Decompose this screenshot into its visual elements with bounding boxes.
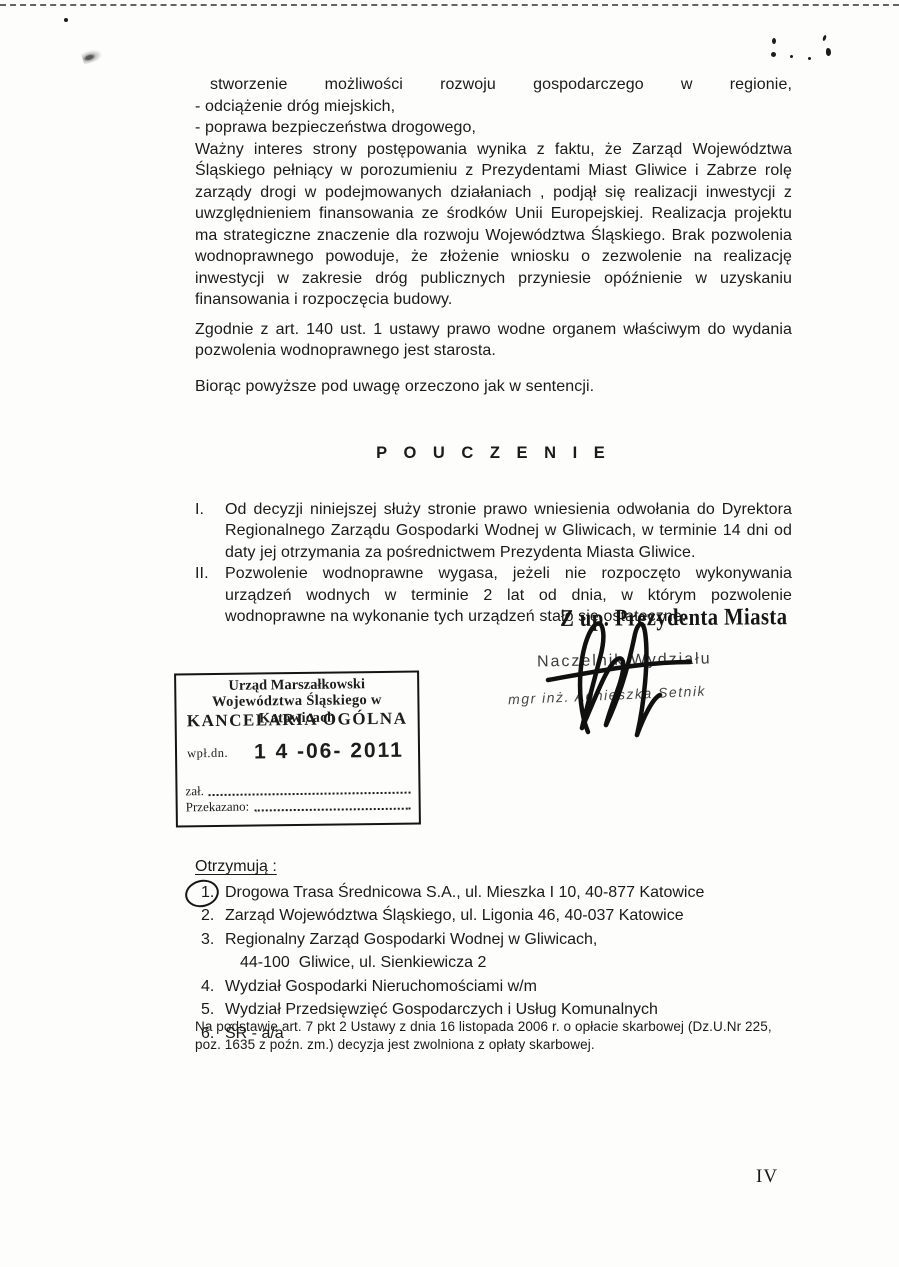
dotted-leader xyxy=(209,792,411,796)
registry-stamp: Urząd Marszałkowski Województwa Śląskieg… xyxy=(174,671,421,828)
dotted-leader xyxy=(254,808,410,812)
interest-paragraph: Ważny interes strony postępowania wynika… xyxy=(195,139,792,311)
intro-line-1: stworzenie możliwości rozwoju gospodarcz… xyxy=(195,74,792,96)
ink-speck xyxy=(822,35,827,42)
recipient-item-1: 1. Drogowa Trasa Średnicowa S.A., ul. Mi… xyxy=(195,881,805,905)
page-number: IV xyxy=(756,1166,778,1188)
stamp-date-label: wpł.dn. xyxy=(187,745,228,760)
recipient-number-4: 4. xyxy=(195,975,225,999)
handwritten-signature xyxy=(540,610,700,745)
stamp-date-row: wpł.dn. 1 4 -06- 2011 xyxy=(187,739,408,766)
ink-speck xyxy=(771,52,776,57)
ink-smudge xyxy=(81,47,104,65)
legal-footnote-line2: poz. 1635 z poźn. zm.) decyzja jest zwol… xyxy=(195,1036,815,1054)
conclusion-paragraph: Biorąc powyższe pod uwagę orzeczono jak … xyxy=(195,376,792,398)
ink-speck xyxy=(772,38,776,44)
recipient-item-4: 4. Wydział Gospodarki Nieruchomościami w… xyxy=(195,975,805,999)
pouczenie-item-1-number: I. xyxy=(195,499,221,521)
stamp-date-value: 1 4 -06- 2011 xyxy=(254,739,404,765)
recipient-text-3-continued: 44-100 Gliwice, ul. Sienkiewicza 2 xyxy=(240,951,805,975)
pouczenie-item-2-number: II. xyxy=(195,563,221,585)
recipient-item-3: 3. Regionalny Zarząd Gospodarki Wodnej w… xyxy=(195,928,805,952)
stamp-forwarded-label: Przekazano: xyxy=(186,799,250,816)
document-body: stworzenie możliwości rozwoju gospodarcz… xyxy=(195,74,792,628)
ink-speck xyxy=(64,18,68,22)
recipient-number-1: 1. xyxy=(195,881,225,905)
scanned-document-page: stworzenie możliwości rozwoju gospodarcz… xyxy=(0,0,899,1267)
recipient-text-2: Zarząd Województwa Śląskiego, ul. Ligoni… xyxy=(225,904,684,928)
ink-speck xyxy=(826,48,831,56)
stamp-attachments-label: zał. xyxy=(185,783,204,799)
legal-footnote-line1: Na podstawie art. 7 pkt 2 Ustawy z dnia … xyxy=(195,1018,815,1036)
pouczenie-heading: P O U C Z E N I E xyxy=(195,443,792,465)
recipients-section: Otrzymują : 1. Drogowa Trasa Średnicowa … xyxy=(195,855,805,1045)
legal-basis-paragraph: Zgodnie z art. 140 ust. 1 ustawy prawo w… xyxy=(195,319,792,362)
recipient-text-4: Wydział Gospodarki Nieruchomościami w/m xyxy=(225,975,537,999)
recipient-text-1: Drogowa Trasa Średnicowa S.A., ul. Miesz… xyxy=(225,881,704,905)
pouczenie-item-1-text: Od decyzji niniejszej służy stronie praw… xyxy=(225,501,792,561)
recipient-number-2: 2. xyxy=(195,904,225,928)
recipient-text-3: Regionalny Zarząd Gospodarki Wodnej w Gl… xyxy=(225,928,597,952)
stamp-office-name: KANCELARIA OGÓLNA xyxy=(177,709,418,732)
scan-artifact-topline xyxy=(0,4,899,6)
legal-footnote: Na podstawie art. 7 pkt 2 Ustawy z dnia … xyxy=(195,1018,815,1053)
intro-line-2: - odciążenie dróg miejskich, xyxy=(195,96,792,118)
pouczenie-item-1: I. Od decyzji niniejszej służy stronie p… xyxy=(195,499,792,564)
stamp-forwarded-row: Przekazano: xyxy=(186,797,411,816)
intro-line-3: - poprawa bezpieczeństwa drogowego, xyxy=(195,117,792,139)
recipient-number-3: 3. xyxy=(195,928,225,952)
recipient-item-2: 2. Zarząd Województwa Śląskiego, ul. Lig… xyxy=(195,904,805,928)
recipients-heading: Otrzymują : xyxy=(195,855,805,879)
ink-speck xyxy=(790,55,793,58)
ink-speck xyxy=(808,57,811,60)
